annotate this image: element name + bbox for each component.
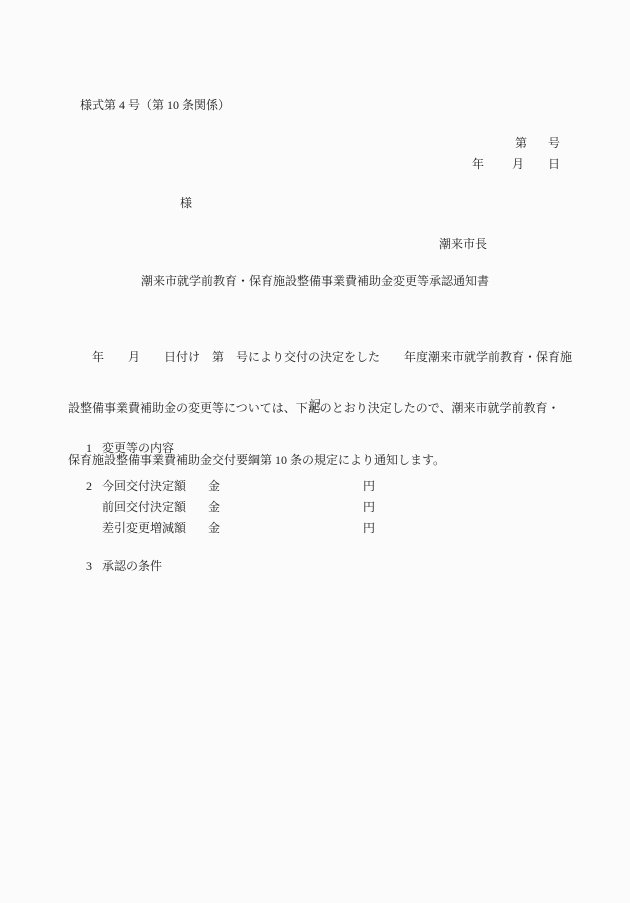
record-marker: 記 bbox=[0, 398, 630, 414]
amount-row-current: 2 今回交付決定額 金 円 bbox=[0, 479, 630, 497]
doc-number-suffix: 号 bbox=[548, 136, 560, 152]
amount-row-difference: 差引変更増減額 金 円 bbox=[0, 521, 630, 539]
item-3-label: 承認の条件 bbox=[102, 559, 162, 575]
currency-prefix-current: 金 bbox=[208, 479, 220, 495]
currency-prefix-difference: 金 bbox=[208, 521, 220, 537]
currency-suffix-difference: 円 bbox=[363, 521, 375, 537]
doc-number-prefix: 第 bbox=[515, 136, 527, 152]
body-line-1: 年 月 日付け 第 号により交付の決定をした 年度潮来市就学前教育・保育施 bbox=[68, 347, 580, 367]
date-line: 年 月 日 bbox=[472, 157, 560, 173]
item-1-row: 1 変更等の内容 bbox=[0, 441, 630, 459]
currency-suffix-current: 円 bbox=[363, 479, 375, 495]
document-title: 潮来市就学前教育・保育施設整備事業費補助金変更等承認通知書 bbox=[0, 274, 630, 290]
amount-row-previous: 前回交付決定額 金 円 bbox=[0, 500, 630, 518]
currency-suffix-previous: 円 bbox=[363, 500, 375, 516]
addressee-honorific: 様 bbox=[180, 196, 192, 212]
item-2-number: 2 bbox=[86, 479, 92, 495]
amount-label-previous: 前回交付決定額 bbox=[102, 500, 186, 516]
amount-label-current: 今回交付決定額 bbox=[102, 479, 186, 495]
date-year-label: 年 bbox=[472, 157, 484, 173]
amount-label-difference: 差引変更増減額 bbox=[102, 521, 186, 537]
document-number-line: 第 号 bbox=[515, 136, 560, 152]
item-3-number: 3 bbox=[86, 559, 92, 575]
form-id: 様式第 4 号（第 10 条関係） bbox=[80, 98, 230, 114]
date-day-label: 日 bbox=[548, 157, 560, 173]
item-1-number: 1 bbox=[86, 441, 92, 457]
item-3-row: 3 承認の条件 bbox=[0, 559, 630, 577]
sender-title: 潮来市長 bbox=[439, 237, 487, 253]
notice-document-page: 様式第 4 号（第 10 条関係） 第 号 年 月 日 様 潮来市長 潮来市就学… bbox=[0, 0, 630, 903]
item-1-label: 変更等の内容 bbox=[102, 441, 174, 457]
date-month-label: 月 bbox=[512, 157, 524, 173]
currency-prefix-previous: 金 bbox=[208, 500, 220, 516]
